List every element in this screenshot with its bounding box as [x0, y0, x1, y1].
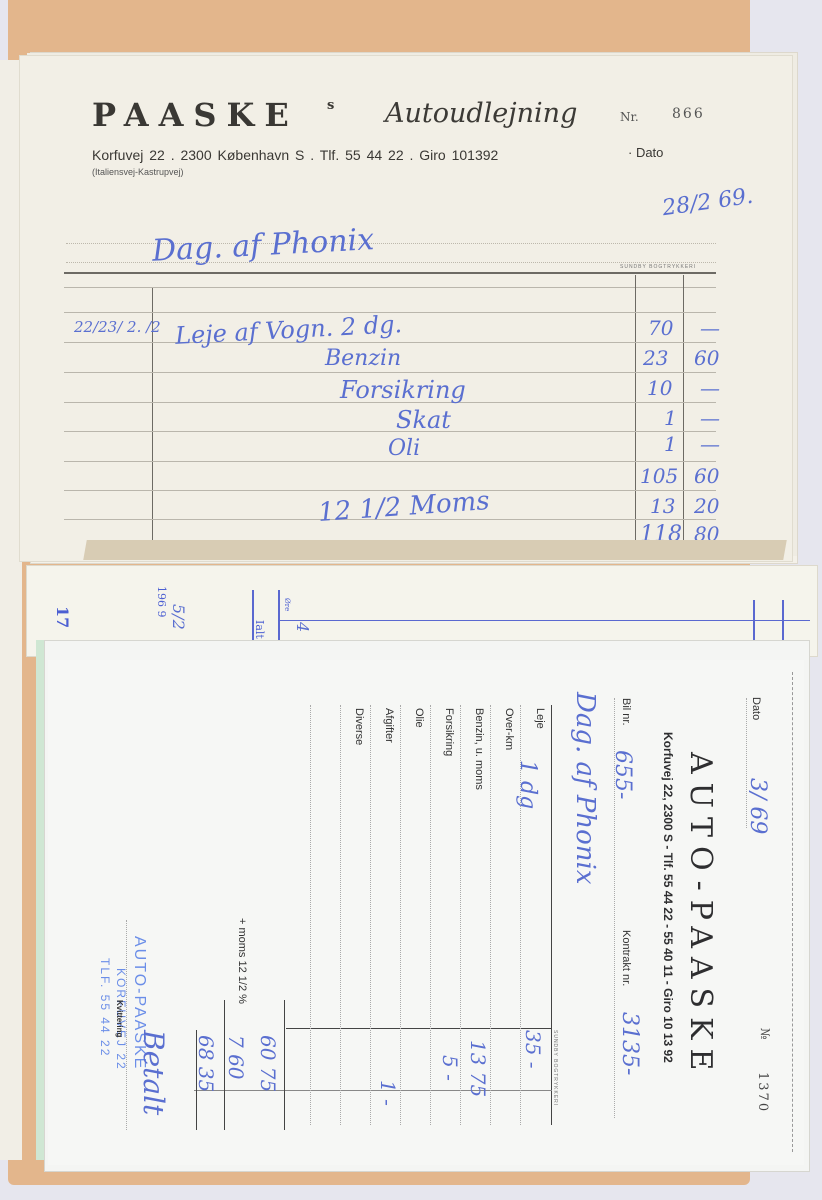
amount-col-rule: [286, 1028, 552, 1029]
table-rule: [64, 431, 716, 432]
receipt-printer: SUNDBY BOGTRYKKERI: [552, 1030, 558, 1106]
invoice-address: Korfuvej 22 . 2300 København S . Tlf. 55…: [92, 147, 498, 163]
item-label-forsikring: Forsikring: [443, 708, 455, 756]
subtotal-kr: 105: [640, 464, 678, 488]
table-rule: [64, 490, 716, 491]
receipt-number: 1370: [755, 1072, 770, 1113]
printer-imprint: SUNDBY BOGTRYKKERI: [620, 264, 696, 270]
bil-dotline: [614, 698, 615, 1118]
receipt-date-hw: 3/ 69: [745, 778, 770, 834]
receipt-number-label: №: [758, 1028, 772, 1039]
item-dotline: [490, 705, 491, 1125]
item-label-diverse: Diverse: [353, 708, 365, 745]
line-kr: 1: [664, 406, 677, 430]
moms-kr: 13: [650, 494, 675, 518]
table-rule: [64, 461, 716, 462]
receipt-total-hw: 68 35: [194, 1035, 218, 1092]
item-amount-leje: 35 -: [521, 1030, 545, 1069]
line-kr: 10: [647, 376, 672, 400]
slip-amount-hw: 4: [293, 622, 312, 632]
item-dotline: [310, 705, 311, 1125]
item-dotline: [400, 705, 401, 1125]
line-description: Benzin: [325, 346, 401, 371]
item-label-over-km: Over-km: [503, 708, 515, 750]
receipt-subtotal-hw: 60 75: [256, 1035, 280, 1092]
item-label-afgifter: Afgifter: [383, 708, 395, 743]
receipt-address: Korfuvej 22, 2300 S - Tlf. 55 44 22 - 55…: [661, 732, 675, 1063]
kvittering-label: Kvittering: [115, 1000, 124, 1037]
slip-date-hw: 5/2: [169, 604, 188, 630]
moms-ore: 20: [694, 494, 719, 518]
line-kr: 70: [648, 316, 673, 340]
invoice-brand-superscript: s: [327, 98, 334, 113]
stamp-line-3: TLF. 55 44 22: [98, 958, 112, 1057]
kontrakt-label: Kontrakt nr.: [620, 930, 632, 986]
receipt-brand: AUTO-PAASKE: [683, 752, 718, 1079]
line-ore: 60: [694, 346, 719, 370]
item-amount-forsikring: 5 -: [438, 1055, 462, 1081]
customer-dotline-2: [66, 262, 716, 263]
kontrakt-hw: 3135-: [617, 1012, 642, 1075]
table-rule: [64, 342, 716, 343]
invoice-address-sub: (Italiensvej-Kastrupvej): [92, 167, 184, 177]
item-dotline: [370, 705, 371, 1125]
table-col-ore: [683, 275, 684, 557]
item-label-benzin: Benzin, u. moms: [473, 708, 485, 790]
receipt-customer-hw: Dag. af Phonix: [570, 692, 600, 885]
item-label-leje: Leje: [534, 708, 546, 729]
ore-col-rule: [194, 1090, 552, 1091]
invoice-number: 866: [672, 106, 705, 122]
bil-label: Bil nr.: [620, 698, 632, 726]
table-col-kr: [635, 275, 636, 557]
invoice-brand-script: Autoudlejning: [385, 98, 577, 129]
kvittering-dotline: [126, 920, 127, 1130]
line-kr: 23: [643, 346, 668, 370]
item-label-olie: Olie: [413, 708, 425, 728]
line-description: Skat: [396, 406, 451, 434]
slip-ialt-label: Ialt: [253, 620, 266, 639]
sum-rule: [284, 1000, 285, 1130]
subtotal-ore: 60: [694, 464, 719, 488]
line-date: 22/23/ 2. /2: [74, 318, 161, 336]
line-ore: —: [700, 432, 720, 456]
item-dotline: [430, 705, 431, 1125]
moms-label: + moms 12 1/2 %: [236, 918, 248, 1004]
item-amount-afgifter: 1 -: [376, 1080, 400, 1106]
slip-number: 17: [53, 606, 72, 628]
table-rule: [64, 372, 716, 373]
date-dotline: [746, 698, 747, 828]
perforation-line: [792, 672, 793, 1152]
line-kr: 1: [664, 432, 677, 456]
invoice-brand: PAASKE: [92, 96, 299, 134]
slip-row-line: [280, 620, 810, 621]
receipt-days-hw: 1 dg: [515, 760, 540, 809]
invoice-number-label: Nr.: [620, 110, 639, 124]
slip-ore-label: Øre: [283, 598, 291, 611]
signature-hw: Betalt: [137, 1030, 170, 1115]
line-description: Forsikring: [340, 376, 466, 404]
table-rule: [64, 287, 716, 288]
slip-year: 196 9: [155, 586, 168, 618]
receipt-moms-hw: 7 60: [224, 1035, 248, 1080]
receipt-date-label: Dato: [750, 697, 762, 720]
invoice-date-label: · Dato: [628, 145, 663, 160]
paper-edge-stack: [0, 60, 22, 1160]
tan-slip-edge: [83, 540, 787, 560]
line-ore: —: [700, 316, 720, 340]
line-ore: —: [700, 376, 720, 400]
item-amount-benzin: 13 75: [466, 1040, 490, 1097]
item-dotline: [340, 705, 341, 1125]
line-ore: —: [700, 406, 720, 430]
table-top-rule: [64, 272, 716, 274]
line-description: Oli: [388, 436, 420, 461]
